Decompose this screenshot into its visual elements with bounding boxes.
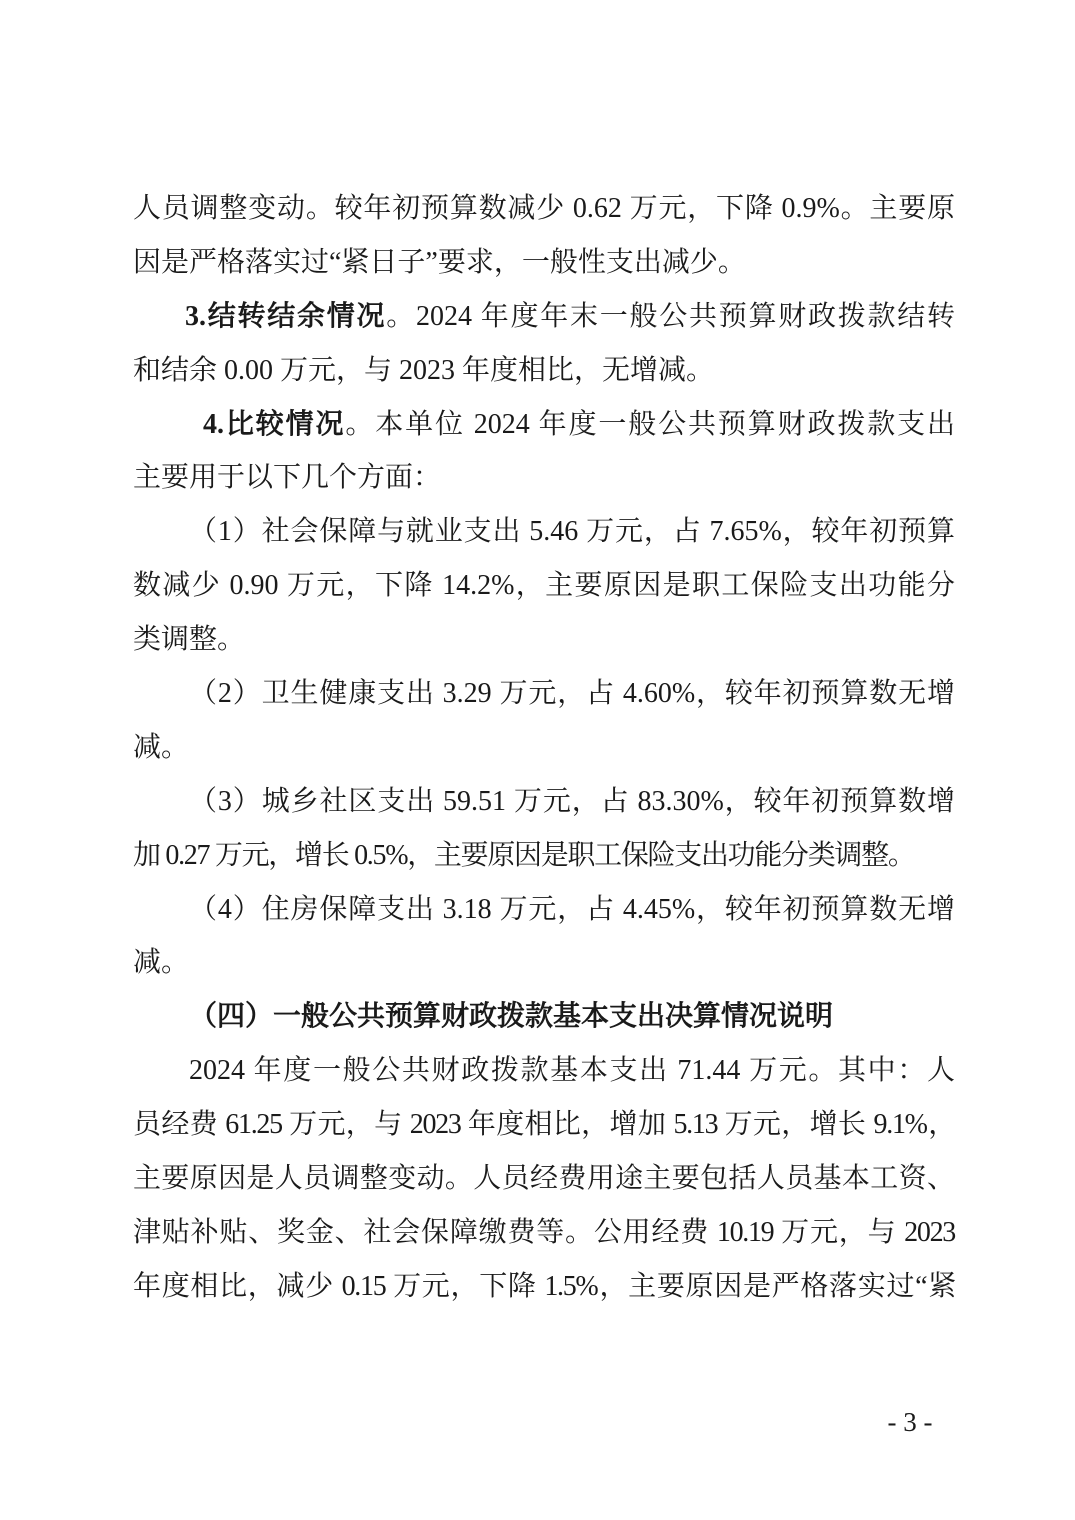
text-line-10: （2）卫生健康支出 3.29 万元，占 4.60%，较年初预算数无增 xyxy=(133,667,955,721)
text-run: 3.结转结余情况 xyxy=(185,301,386,332)
text-run: 加 0.27 万元，增长 0.5%，主要原因是职工保险支出功能分类调整。 xyxy=(133,840,915,871)
text-run: 主要用于以下几个方面： xyxy=(133,462,441,493)
text-run: 减。 xyxy=(133,732,189,763)
text-line-17: 2024 年度一般公共财政拨款基本支出 71.44 万元。其中：人 xyxy=(133,1044,955,1098)
text-line-2: 因是严格落实过“紧日子”要求，一般性支出减少。 xyxy=(133,236,955,290)
text-line-15: 减。 xyxy=(133,936,955,990)
text-line-18: 员经费 61.25 万元，与 2023 年度相比，增加 5.13 万元，增长 9… xyxy=(133,1098,955,1152)
text-line-8: 数减少 0.90 万元，下降 14.2%，主要原因是职工保险支出功能分 xyxy=(133,559,955,613)
text-block: 人员调整变动。较年初预算数减少 0.62 万元，下降 0.9%。主要原因是严格落… xyxy=(133,182,955,1314)
text-run: （1）社会保障与就业支出 5.46 万元，占 7.65%，较年初预算 xyxy=(189,516,955,547)
document-page: 人员调整变动。较年初预算数减少 0.62 万元，下降 0.9%。主要原因是严格落… xyxy=(0,0,1075,1520)
text-run: 年度相比，减少 0.15 万元，下降 1.5%，主要原因是严格落实过“紧 xyxy=(133,1271,955,1302)
text-run: 。本单位 2024 年度一般公共预算财政拨款支出 xyxy=(345,409,955,440)
text-run: （四）一般公共预算财政拨款基本支出决算情况说明 xyxy=(189,1001,833,1032)
text-line-11: 减。 xyxy=(133,721,955,775)
text-line-13: 加 0.27 万元，增长 0.5%，主要原因是职工保险支出功能分类调整。 xyxy=(133,829,955,883)
text-run: 津贴补贴、奖金、社会保障缴费等。公用经费 10.19 万元，与 2023 xyxy=(133,1217,955,1248)
text-run: 2024 年度一般公共财政拨款基本支出 71.44 万元。其中：人 xyxy=(189,1055,955,1086)
text-run: 人员调整变动。较年初预算数减少 0.62 万元，下降 0.9%。主要原 xyxy=(133,193,955,224)
text-line-6: 主要用于以下几个方面： xyxy=(133,451,955,505)
text-run: 员经费 61.25 万元，与 2023 年度相比，增加 5.13 万元，增长 9… xyxy=(133,1109,955,1140)
text-run: 因是严格落实过“紧日子”要求，一般性支出减少。 xyxy=(133,247,746,278)
text-run: （3）城乡社区支出 59.51 万元，占 83.30%，较年初预算数增 xyxy=(189,786,955,817)
text-run: （2）卫生健康支出 3.29 万元，占 4.60%，较年初预算数无增 xyxy=(189,678,955,709)
text-line-21: 年度相比，减少 0.15 万元，下降 1.5%，主要原因是严格落实过“紧 xyxy=(133,1260,955,1314)
text-run: 。2024 年度年末一般公共预算财政拨款结转 xyxy=(386,301,955,332)
text-run: 4.比较情况 xyxy=(203,409,345,440)
text-line-14: （4）住房保障支出 3.18 万元，占 4.45%，较年初预算数无增 xyxy=(133,883,955,937)
text-line-16: （四）一般公共预算财政拨款基本支出决算情况说明 xyxy=(133,990,955,1044)
text-run: 主要原因是人员调整变动。人员经费用途主要包括人员基本工资、 xyxy=(133,1163,955,1194)
text-line-3: 3.结转结余情况。2024 年度年末一般公共预算财政拨款结转 xyxy=(133,290,955,344)
text-line-7: （1）社会保障与就业支出 5.46 万元，占 7.65%，较年初预算 xyxy=(133,505,955,559)
text-run: 和结余 0.00 万元，与 2023 年度相比，无增减。 xyxy=(133,355,714,386)
text-line-9: 类调整。 xyxy=(133,613,955,667)
text-run: （4）住房保障支出 3.18 万元，占 4.45%，较年初预算数无增 xyxy=(189,894,955,925)
text-run: 减。 xyxy=(133,947,189,978)
page-number: - 3 - xyxy=(845,1402,975,1442)
text-run: 数减少 0.90 万元，下降 14.2%，主要原因是职工保险支出功能分 xyxy=(133,570,955,601)
text-line-1: 人员调整变动。较年初预算数减少 0.62 万元，下降 0.9%。主要原 xyxy=(133,182,955,236)
text-line-20: 津贴补贴、奖金、社会保障缴费等。公用经费 10.19 万元，与 2023 xyxy=(133,1206,955,1260)
text-line-5: 4.比较情况。本单位 2024 年度一般公共预算财政拨款支出 xyxy=(133,398,955,452)
text-line-4: 和结余 0.00 万元，与 2023 年度相比，无增减。 xyxy=(133,344,955,398)
text-run: 类调整。 xyxy=(133,624,245,655)
text-line-12: （3）城乡社区支出 59.51 万元，占 83.30%，较年初预算数增 xyxy=(133,775,955,829)
text-line-19: 主要原因是人员调整变动。人员经费用途主要包括人员基本工资、 xyxy=(133,1152,955,1206)
